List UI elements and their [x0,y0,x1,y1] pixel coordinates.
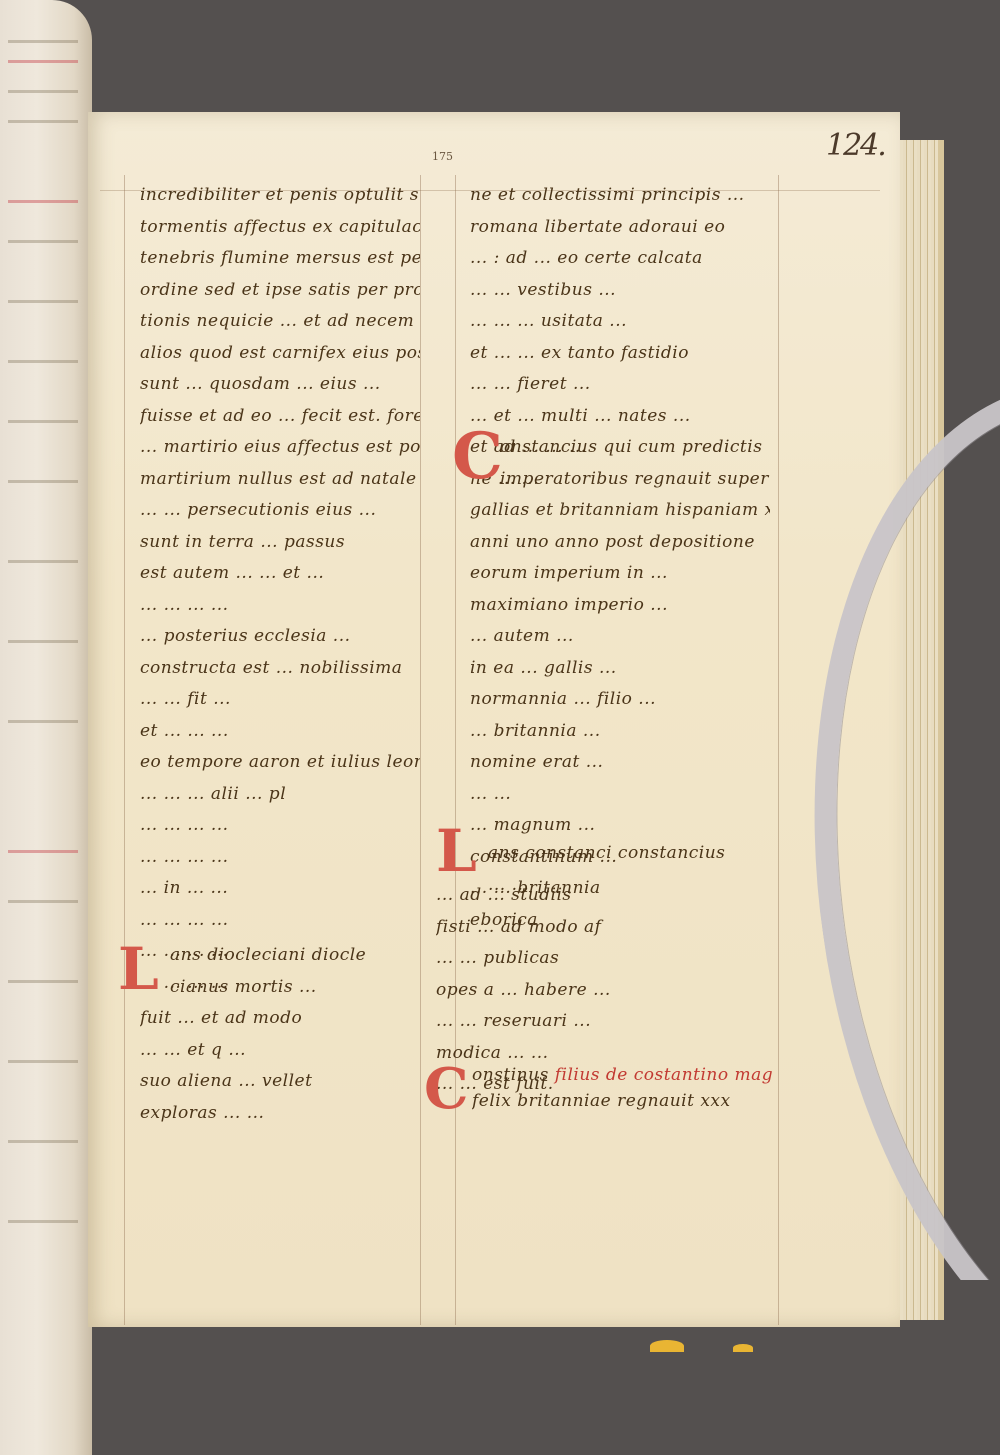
ghost-text [8,1060,78,1063]
ghost-text [8,1220,78,1223]
text-block-right-section3: onstinus filius de costantino magno feli… [472,1062,772,1114]
text-line: ... britannia ... [470,716,770,748]
ghost-text [8,980,78,983]
folio-number: 124. [826,128,885,163]
text-line: cianus mortis ... [170,972,420,1004]
rubric-text: filius de costantino magno [555,1065,772,1085]
text-line: ... ... persecutionis eius ... [140,495,420,527]
text-line: ... ... [470,779,770,811]
text-line: anni uno anno post depositione [470,527,770,559]
ghost-text [8,120,78,123]
text-line: maximiano imperio ... [470,590,770,622]
text-line: et ... ... ... [140,716,420,748]
text-line: tormentis affectus ex capitulacionis [140,212,420,244]
text-line: ... et ... multi ... nates ... [470,401,770,433]
ghost-text [8,640,78,643]
text-line: ... ... publicas [436,943,766,975]
ghost-rubric [8,200,78,203]
text-block-left-section-cont: fuit ... et ad modo ... ... et q ... suo… [140,1003,420,1129]
cord-loop [800,380,1000,1280]
ghost-text [8,90,78,93]
cord-bookmark [800,380,1000,1280]
rubricated-initial: C [424,1060,469,1118]
ghost-text [8,360,78,363]
text-line: et ... ... ex tanto fastidio [470,338,770,370]
text-line: imperatoribus regnauit super [500,464,780,496]
ghost-text [8,40,78,43]
text-line: nomine erat ... [470,747,770,779]
text-line: sunt in terra ... passus [140,527,420,559]
rubricated-initial: C [452,428,503,486]
ruling-line [124,175,125,1325]
ghost-rubric [8,60,78,63]
text-line: ... in ... ... [140,873,420,905]
text-line: ... ... fieret ... [470,369,770,401]
ghost-text [8,1140,78,1143]
ghost-text [8,560,78,563]
text-line: ne et collectissimi principis ... [470,180,770,212]
ghost-text [8,900,78,903]
text-line: ... ... reseruari ... [436,1006,766,1038]
ruling-line [778,175,779,1325]
wax-drip [733,1344,753,1352]
text-line: romana libertate adoraui eo [470,212,770,244]
text-line: ... ... fit ... [140,684,420,716]
text-line: fuisse et ad eo ... fecit est. fore [140,401,420,433]
text-span: onstinus [472,1065,549,1085]
text-line: incredibiliter et penis optulit sub [140,180,420,212]
text-line: gallias et britanniam hispaniam xv [470,495,770,527]
text-line: alios quod est carnifex eius post [140,338,420,370]
text-line: ... martirio eius affectus est post [140,432,420,464]
wax-drip [650,1340,684,1352]
text-line: onstancius qui cum predictis [500,432,780,464]
rubricated-initial: L [118,940,159,998]
text-line: in ea ... gallis ... [470,653,770,685]
text-line: onstinus filius de costantino magno [472,1062,772,1088]
text-line: ... : ad ... eo certe calcata [470,243,770,275]
text-line: ... ... ... ... [140,842,420,874]
text-line: ... ... vestibus ... [470,275,770,307]
ghost-text [8,240,78,243]
text-line: tionis nequicie ... et ad necem [140,306,420,338]
text-column-left: incredibiliter et penis optulit sub torm… [140,180,420,999]
text-line: normannia ... filio ... [470,684,770,716]
text-line: ordine sed et ipse satis per prodi [140,275,420,307]
facing-page-verso [0,0,92,1455]
ghost-text [8,420,78,423]
ghost-text [8,720,78,723]
quire-mark: 175 [432,150,453,163]
ruling-line [455,175,456,1325]
text-line: martirium nullus est ad natale [140,464,420,496]
text-line: ans diocleciani diocle [170,940,420,972]
text-block-left-section: ans diocleciani diocle cianus mortis ... [170,940,420,1003]
text-line: ... ... ... alii ... pl [140,779,420,811]
text-line: ... posterius ecclesia ... [140,621,420,653]
text-line: ... ... ... usitata ... [470,306,770,338]
text-line: ... ... et q ... [140,1035,420,1067]
ruling-line [420,175,421,1325]
text-line: tenebris flumine mersus est per [140,243,420,275]
text-line: ... ... ... ... [140,905,420,937]
ghost-text [8,480,78,483]
ghost-rubric [8,850,78,853]
text-line: eorum imperium in ... [470,558,770,590]
text-line: felix britanniae regnauit xxx [472,1088,772,1114]
text-block-right-section1-head: onstancius qui cum predictis imperatorib… [500,432,780,495]
text-line: ans constanci constancius [488,838,768,870]
text-line: constructa est ... nobilissima [140,653,420,685]
text-line: ... ad ... studiis [436,880,766,912]
text-line: eo tempore aaron et iulius leone [140,747,420,779]
text-line: ... ... ... ... [140,590,420,622]
text-line: ... ... ... ... [140,810,420,842]
text-line: ... autem ... [470,621,770,653]
text-line: exploras ... ... [140,1098,420,1130]
text-line: est autem ... ... et ... [140,558,420,590]
text-line: opes a ... habere ... [436,975,766,1007]
text-line: suo aliena ... vellet [140,1066,420,1098]
text-line: fisti ... ad modo af [436,912,766,944]
ghost-text [8,300,78,303]
rubricated-initial: L [436,822,477,880]
text-line: ... magnum ... [470,810,770,842]
text-line: fuit ... et ad modo [140,1003,420,1035]
text-line: sunt ... quosdam ... eius ... [140,369,420,401]
